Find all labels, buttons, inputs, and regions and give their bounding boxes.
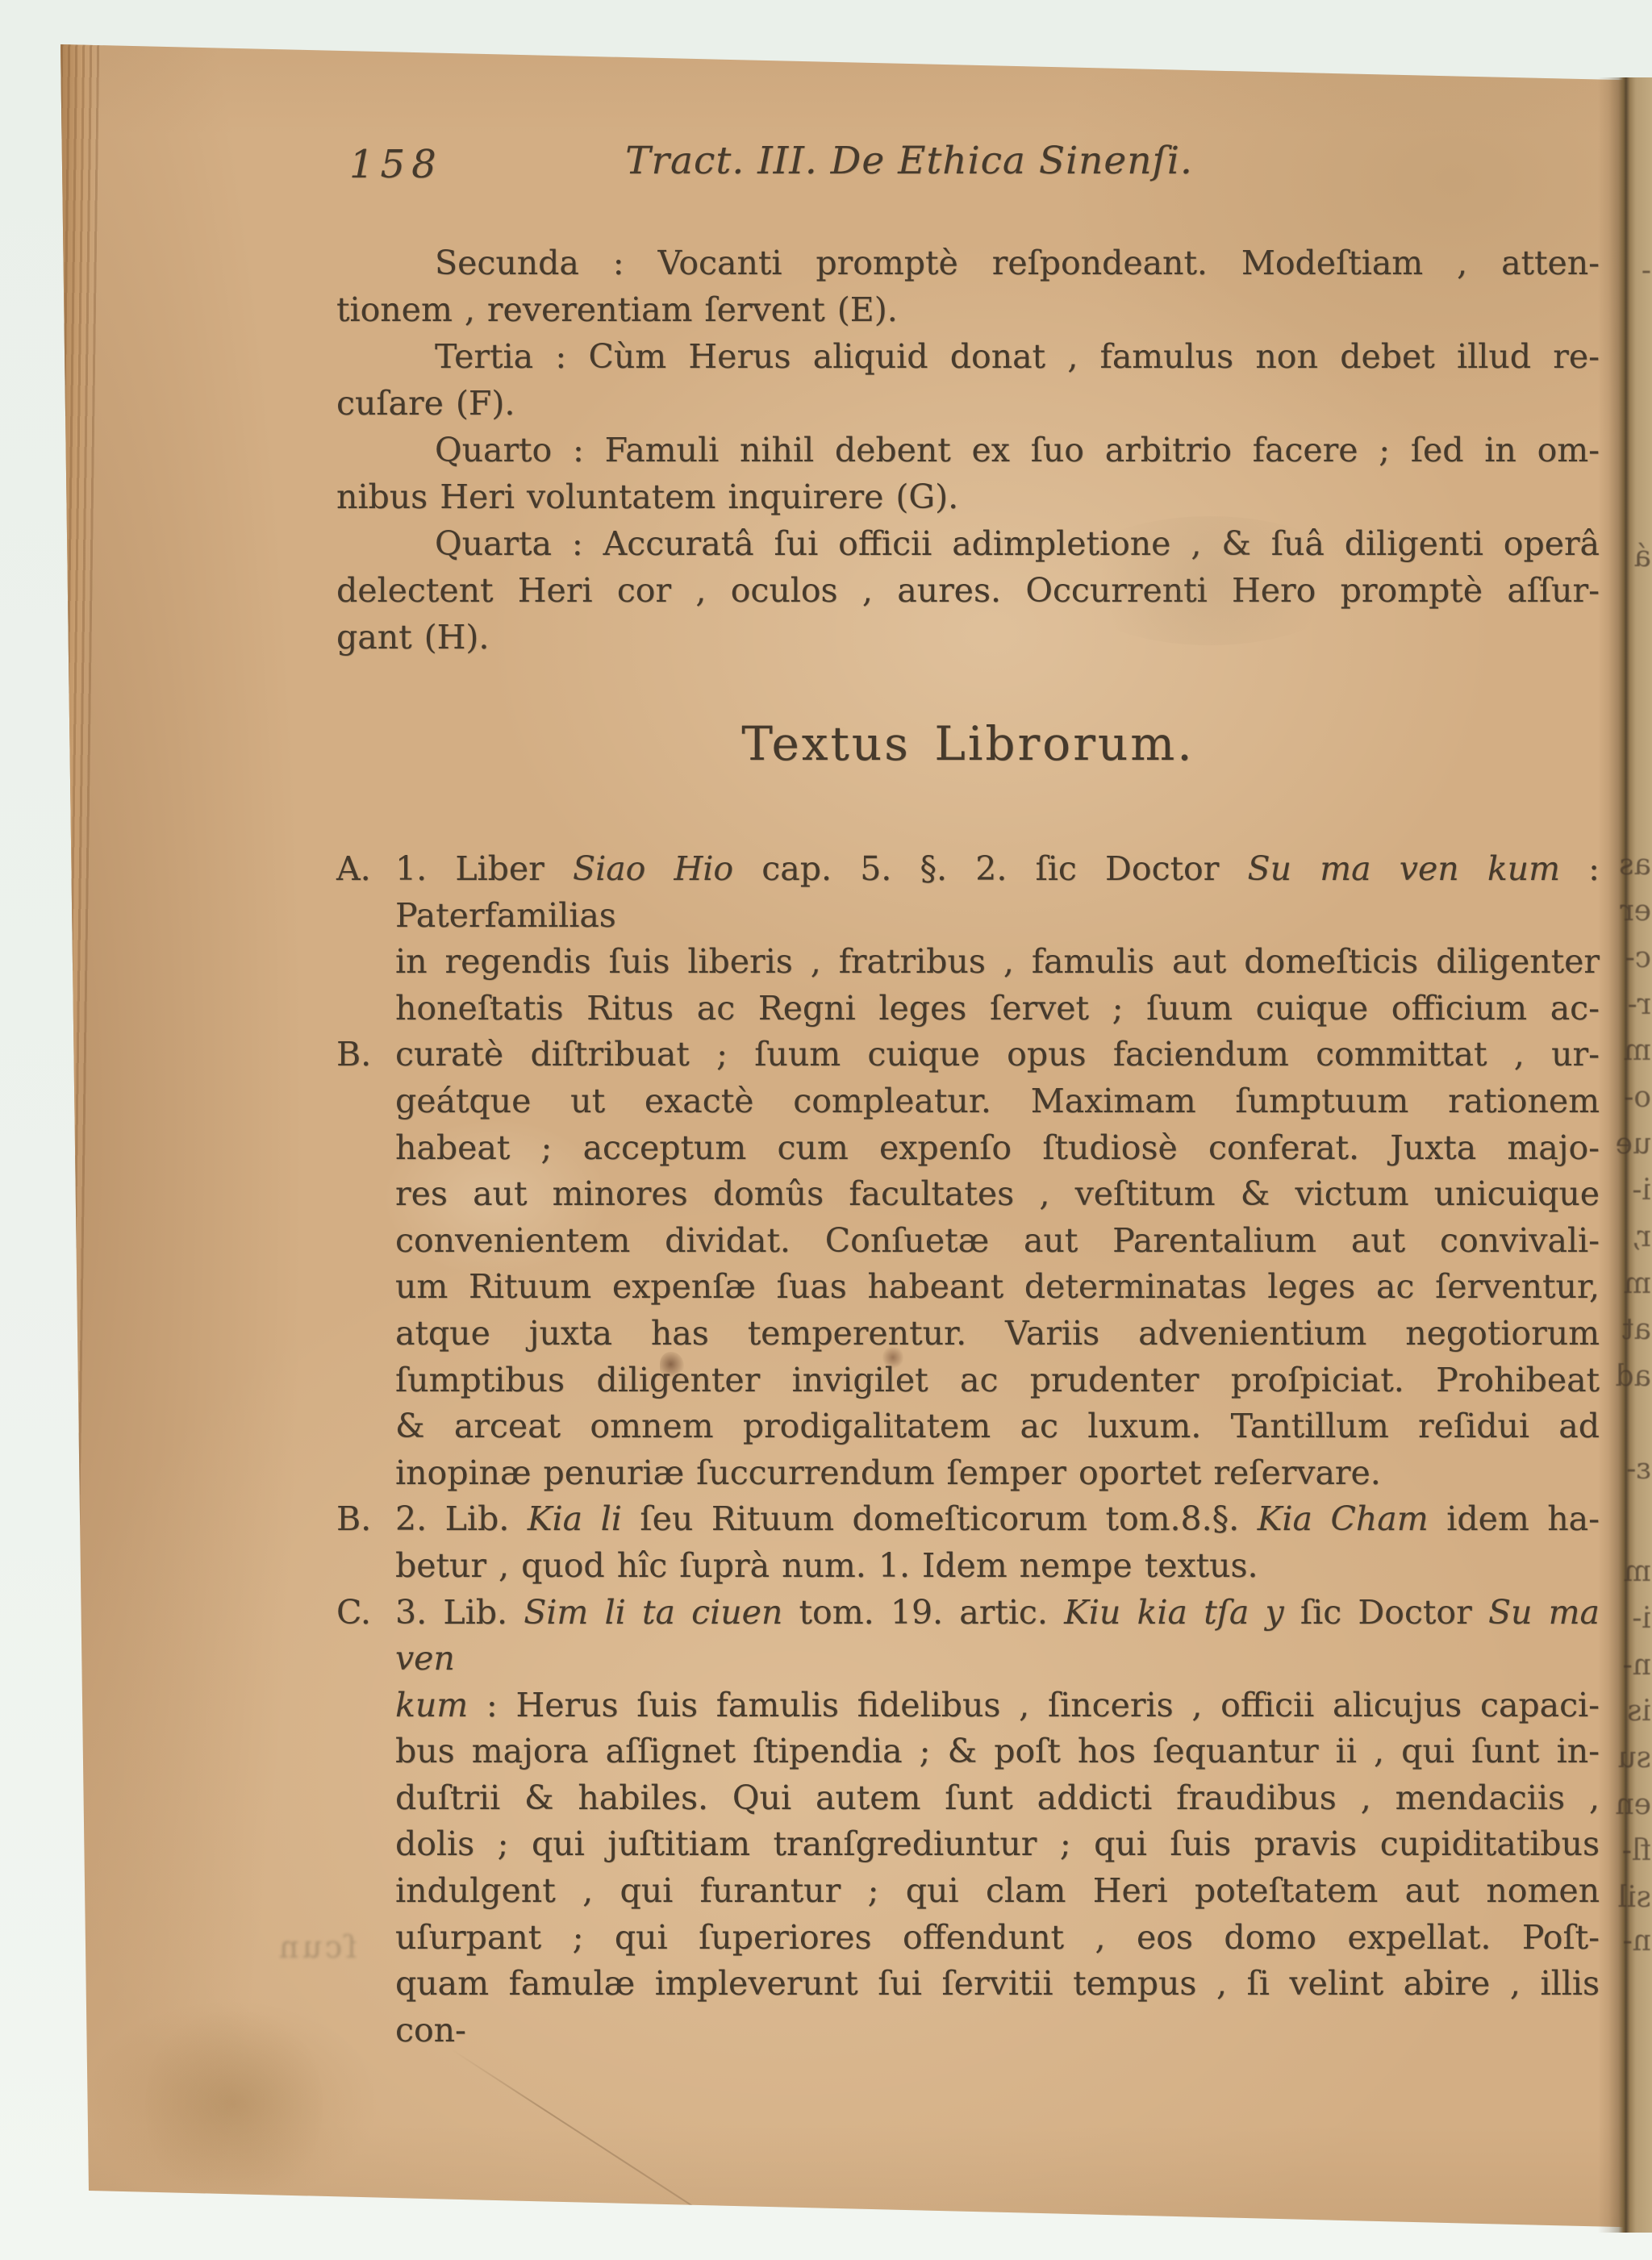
line-text: 3. Lib. Sim li ta ciuen tom. 19. artic. … (395, 1593, 1600, 1678)
offset-fragment: sil (1622, 1881, 1651, 1914)
text-line: indulgent , qui furantur ; qui clam Heri… (336, 1868, 1600, 1915)
top-text-block: Secunda : Vocanti promptè reſpondeant. M… (336, 240, 1600, 661)
offset-fragment: er (1622, 894, 1651, 928)
text-line: nibus Heri voluntatem inquirere (G). (336, 473, 1600, 520)
offset-fragment: n- (1622, 1649, 1651, 1682)
offset-fragment: r- (1622, 988, 1651, 1021)
line-marker: C. (336, 1590, 371, 1637)
running-title: Tract. III. De Ethica Sinenſi. (336, 139, 1482, 183)
text-line: A.1. Liber Siao Hio cap. 5. §. 2. ſic Do… (336, 846, 1600, 939)
offset-fragment: fl- (1622, 1834, 1651, 1867)
text-line: atque juxta has temperentur. Variis adve… (336, 1311, 1600, 1357)
text-line: Quarto : Famuli nihil debent ex ſuo arbi… (336, 427, 1600, 473)
ink-smudge: ſcun (276, 1929, 357, 1965)
line-text: 2. Lib. Kia li ſeu Rituum domeſticorum t… (395, 1499, 1600, 1538)
text-line: habeat ; acceptum cum expenſo ſtudiosè c… (336, 1125, 1600, 1172)
text-line: delectent Heri cor , oculos , aures. Occ… (336, 567, 1600, 614)
text-line: in regendis ſuis liberis , fratribus , f… (336, 939, 1600, 986)
ink-blot (882, 1345, 903, 1370)
offset-fragment: ue (1622, 1128, 1651, 1161)
offset-fragment: ad (1622, 1360, 1651, 1393)
offset-fragment: á (1622, 540, 1651, 573)
offset-fragment: - (1622, 254, 1651, 287)
offset-fragment: c- (1622, 941, 1651, 974)
text-line: honeſtatis Ritus ac Regni leges ſervet ;… (336, 986, 1600, 1032)
text-line: um Rituum expenſæ ſuas habeant determina… (336, 1264, 1600, 1311)
offset-fragment: is (1622, 1695, 1651, 1728)
text-line: B.curatè diſtribuat ; ſuum cuique opus f… (336, 1032, 1600, 1078)
gutter: - á as er c- r- m o- ue i- r, m at ad ɛ-… (1598, 77, 1652, 2233)
text-line: duſtrii & habiles. Qui autem ſunt addict… (336, 1775, 1600, 1822)
text-line: convenientem dividat. Conſuetæ aut Paren… (336, 1218, 1600, 1265)
line-text: 1. Liber Siao Hio cap. 5. §. 2. ſic Doct… (395, 849, 1600, 935)
offset-fragment: m (1622, 1034, 1651, 1067)
text-line: Quarta : Accuratâ ſui officii adimpletio… (336, 520, 1600, 567)
line-marker: B. (336, 1032, 371, 1078)
text-line: Tertia : Cùm Herus aliquid donat , famul… (336, 333, 1600, 380)
offset-fragment: i- (1622, 1602, 1651, 1635)
line-text: curatè diſtribuat ; ſuum cuique opus fac… (395, 1035, 1600, 1074)
scan-background: { "colors": { "paper": "#d3ae84", "ink":… (0, 0, 1652, 2260)
book-page: 158 Tract. III. De Ethica Sinenſi. Secun… (0, 0, 1652, 2260)
line-marker: A. (336, 846, 371, 893)
text-line: inopinæ penuriæ ſuccurrendum ſemper opor… (336, 1450, 1600, 1497)
catchword: con- (336, 2008, 1600, 2054)
text-line: kum : Herus ſuis famulis fidelibus , ſin… (336, 1682, 1600, 1729)
page-edge-stack (17, 0, 100, 2260)
text-line: & arceat omnem prodigalitatem ac luxum. … (336, 1403, 1600, 1450)
text-line: B.2. Lib. Kia li ſeu Rituum domeſticorum… (336, 1496, 1600, 1543)
offset-fragment: as (1622, 849, 1651, 882)
offset-fragment: m (1622, 1555, 1651, 1588)
text-line: tionem , reverentiam ſervent (E). (336, 286, 1600, 333)
text-line: gant (H). (336, 614, 1600, 661)
offset-fragment: at (1622, 1313, 1651, 1346)
offset-fragment: r, (1622, 1220, 1651, 1253)
text-line: betur , quod hîc ſuprà num. 1. Idem nemp… (336, 1543, 1600, 1590)
offset-fragment: ɛ- (1622, 1453, 1651, 1486)
stain (145, 2000, 323, 2210)
text-line: dolis ; qui juſtitiam tranſgrediuntur ; … (336, 1821, 1600, 1868)
text-line: res aut minores domûs facultates , veſti… (336, 1171, 1600, 1218)
text-line: uſurpant ; qui ſuperiores offendunt , eo… (336, 1915, 1600, 1962)
text-line: C.3. Lib. Sim li ta ciuen tom. 19. artic… (336, 1590, 1600, 1682)
offset-fragment: en (1622, 1788, 1651, 1821)
offset-fragment: n- (1622, 1924, 1651, 1958)
text-line: bus majora aſſignet ſtipendia ; & poſt h… (336, 1728, 1600, 1775)
text-line: quam famulæ impleverunt ſui ſervitii tem… (336, 1961, 1600, 2008)
stain (1065, 516, 1355, 645)
section-heading: Textus Librorum. (336, 716, 1600, 771)
text-line: geátque ut exactè compleatur. Maximam ſu… (336, 1078, 1600, 1125)
offset-fragment: m (1622, 1267, 1651, 1300)
text-line: ſumptibus diligenter invigilet ac pruden… (336, 1357, 1600, 1404)
textus-block: A.1. Liber Siao Hio cap. 5. §. 2. ſic Do… (336, 846, 1600, 2054)
ink-blot (660, 1352, 684, 1379)
text-line: Secunda : Vocanti promptè reſpondeant. M… (336, 240, 1600, 286)
offset-fragment: o- (1622, 1081, 1651, 1114)
line-marker: B. (336, 1496, 371, 1543)
text-line: cuſare (F). (336, 380, 1600, 427)
offset-fragment: su (1622, 1741, 1651, 1774)
crease-line (451, 2049, 763, 2252)
offset-fragment: i- (1622, 1174, 1651, 1207)
